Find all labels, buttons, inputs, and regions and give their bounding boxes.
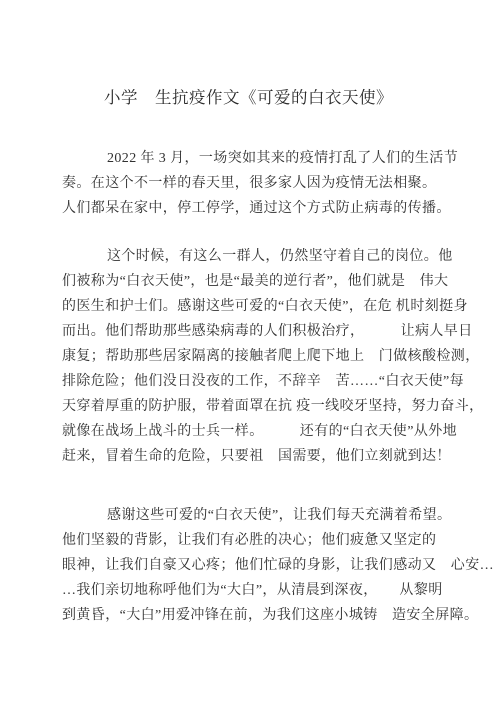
text-line: 赶来，冒着生命的危险，只要祖 国需要，他们立刻就到达！ — [62, 444, 490, 469]
text-line: 感谢这些可爱的“白衣天使”，让我们每天充满着希望。 — [62, 503, 490, 528]
text-line: 就像在战场上战斗的士兵一样。 还有的“白衣天使”从外地 — [62, 419, 490, 444]
text-line: 他们坚毅的背影，让我们有必胜的决心；他们疲惫又坚定的 — [62, 528, 490, 553]
paragraph: 2022 年 3 月，一场突如其来的疫情打乱了人们的生活节 奏。在这个不一样的春… — [62, 146, 490, 221]
text-line: 天穿着厚重的防护服，带着面罩在抗 疫一线咬牙坚持，努力奋斗， — [62, 394, 490, 419]
text-line: 眼神，让我们自豪又心疼；他们忙碌的身影，让我们感动又 心安… — [62, 553, 490, 578]
text-line: 这个时候，有这么一群人，仍然坚守着自己的岗位。他 — [62, 244, 490, 269]
text-line: 2022 年 3 月，一场突如其来的疫情打乱了人们的生活节 — [62, 146, 490, 171]
text-line: …我们亲切地称呼他们为“大白”，从清晨到深夜， 从黎明 — [62, 578, 490, 603]
paragraph: 感谢这些可爱的“白衣天使”，让我们每天充满着希望。 他们坚毅的背影，让我们有必胜… — [62, 503, 490, 628]
text-line: 们被称为“白衣天使”，也是“最美的逆行者”，他们就是 伟大 — [62, 269, 490, 294]
text-line: 奏。在这个不一样的春天里，很多家人因为疫情无法相聚。 — [62, 171, 490, 196]
text-line: 到黄昏，“大白”用爱冲锋在前，为我们这座小城铸 造安全屏障。 — [62, 603, 490, 628]
paragraph: 这个时候，有这么一群人，仍然坚守着自己的岗位。他 们被称为“白衣天使”，也是“最… — [62, 244, 490, 469]
document-page: 小学 生抗疫作文《可爱的白衣天使》 2022 年 3 月，一场突如其来的疫情打乱… — [0, 0, 500, 707]
text-line: 排除危险；他们没日没夜的工作，不辞辛 苦……“白衣天使”每 — [62, 369, 490, 394]
text-line: 康复；帮助那些居家隔离的接触者爬上爬下地上 门做核酸检测， — [62, 344, 490, 369]
text-line: 人们都呆在家中，停工停学，通过这个方式防止病毒的传播。 — [62, 196, 490, 221]
text-line: 而出。他们帮助那些感染病毒的人们积极治疗， 让病人早日 — [62, 319, 490, 344]
text-line: 的医生和护士们。感谢这些可爱的“白衣天使”，在危 机时刻挺身 — [62, 294, 490, 319]
document-title: 小学 生抗疫作文《可爱的白衣天使》 — [104, 84, 393, 108]
